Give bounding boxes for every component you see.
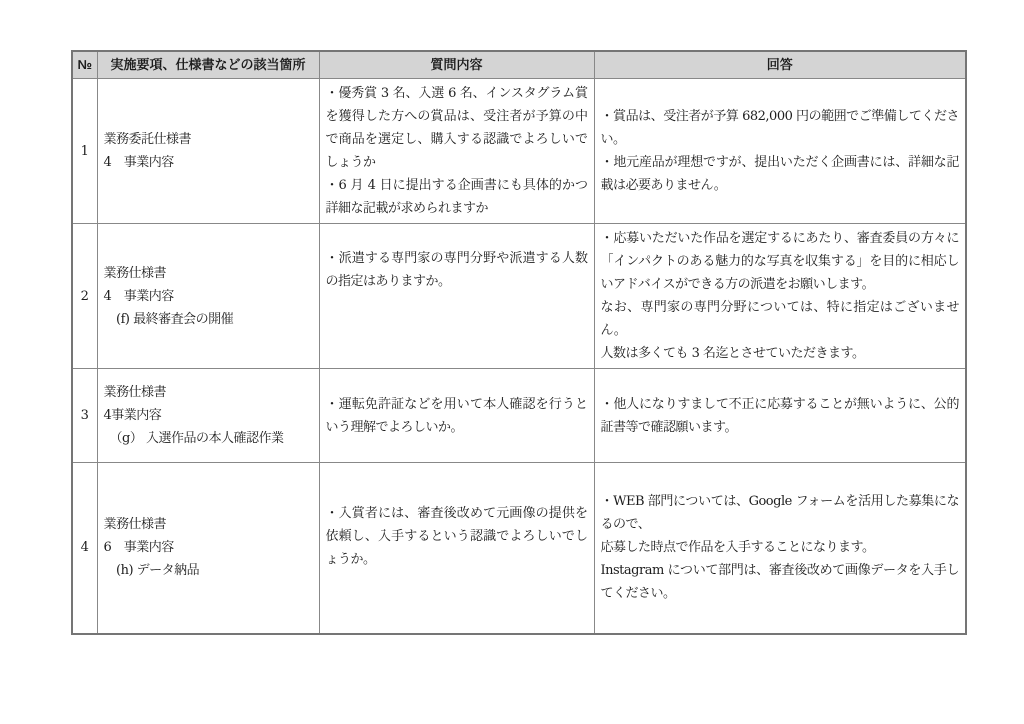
- qa-table-container: № 実施要項、仕様書などの該当箇所 質問内容 回答 1 業務委託仕様書 4 事業…: [71, 50, 967, 635]
- question-paragraph: ・入賞者には、審査後改めて元画像の提供を依頼し、入手するという認識でよろしいでし…: [326, 502, 588, 571]
- header-answer: 回答: [594, 51, 966, 79]
- answer-paragraph: ・地元産品が理想ですが、提出いただく企画書には、詳細な記載は必要ありません。: [601, 151, 960, 197]
- table-row: 4 業務仕様書 6 事業内容 (h) データ納品 ・入賞者には、審査後改めて元画…: [72, 463, 966, 634]
- section-line: 4事業内容: [104, 404, 313, 427]
- qa-table: № 実施要項、仕様書などの該当箇所 質問内容 回答 1 業務委託仕様書 4 事業…: [71, 50, 967, 635]
- row-number-cell: 4: [72, 463, 97, 634]
- section-cell: 業務仕様書 4 事業内容 (f) 最終審査会の開催: [97, 224, 319, 369]
- table-row: 1 業務委託仕様書 4 事業内容 ・優秀賞 3 名、入選 6 名、インスタグラム…: [72, 79, 966, 224]
- section-cell: 業務委託仕様書 4 事業内容: [97, 79, 319, 224]
- answer-cell: ・WEB 部門については、Google フォームを活用した募集になるので、 応募…: [594, 463, 966, 634]
- question-paragraph: ・運転免許証などを用いて本人確認を行うという理解でよろしいか。: [326, 393, 588, 439]
- answer-paragraph: ・賞品は、受注者が予算 682,000 円の範囲でご準備してください。: [601, 105, 960, 151]
- section-cell: 業務仕様書 4事業内容 （g） 入選作品の本人確認作業: [97, 369, 319, 463]
- row-number-cell: 1: [72, 79, 97, 224]
- section-line: 業務仕様書: [104, 262, 313, 285]
- section-line: 業務仕様書: [104, 513, 313, 536]
- answer-cell: ・賞品は、受注者が予算 682,000 円の範囲でご準備してください。 ・地元産…: [594, 79, 966, 224]
- question-paragraph: ・優秀賞 3 名、入選 6 名、インスタグラム賞を獲得した方への賞品は、受注者が…: [326, 82, 588, 174]
- section-line: （g） 入選作品の本人確認作業: [104, 427, 313, 450]
- answer-paragraph: 人数は多くても 3 名迄とさせていただきます。: [601, 342, 960, 365]
- header-no: №: [72, 51, 97, 79]
- section-line: 業務委託仕様書: [104, 128, 313, 151]
- row-number-cell: 2: [72, 224, 97, 369]
- answer-paragraph: なお、専門家の専門分野については、特に指定はございません。: [601, 296, 960, 342]
- table-row: 2 業務仕様書 4 事業内容 (f) 最終審査会の開催 ・派遣する専門家の専門分…: [72, 224, 966, 369]
- section-line: 4 事業内容: [104, 151, 313, 174]
- question-cell: ・運転免許証などを用いて本人確認を行うという理解でよろしいか。: [319, 369, 594, 463]
- section-line: (h) データ納品: [104, 559, 313, 582]
- question-paragraph: ・6 月 4 日に提出する企画書にも具体的かつ詳細な記載が求められますか: [326, 174, 588, 220]
- header-row: № 実施要項、仕様書などの該当箇所 質問内容 回答: [72, 51, 966, 79]
- section-line: 6 事業内容: [104, 536, 313, 559]
- section-line: (f) 最終審査会の開催: [104, 308, 313, 331]
- row-number-cell: 3: [72, 369, 97, 463]
- answer-cell: ・他人になりすまして不正に応募することが無いように、公的証書等で確認願います。: [594, 369, 966, 463]
- answer-paragraph: Instagram について部門は、審査後改めて画像データを入手してください。: [601, 559, 960, 605]
- answer-paragraph: ・応募いただいた作品を選定するにあたり、審査委員の方々に「インパクトのある魅力的…: [601, 227, 960, 296]
- answer-paragraph: ・WEB 部門については、Google フォームを活用した募集になるので、: [601, 490, 960, 536]
- question-cell: ・優秀賞 3 名、入選 6 名、インスタグラム賞を獲得した方への賞品は、受注者が…: [319, 79, 594, 224]
- question-paragraph: ・派遣する専門家の専門分野や派遣する人数の指定はありますか。: [326, 247, 588, 293]
- document-page: № 実施要項、仕様書などの該当箇所 質問内容 回答 1 業務委託仕様書 4 事業…: [0, 0, 1024, 724]
- header-section: 実施要項、仕様書などの該当箇所: [97, 51, 319, 79]
- question-cell: ・入賞者には、審査後改めて元画像の提供を依頼し、入手するという認識でよろしいでし…: [319, 463, 594, 634]
- section-cell: 業務仕様書 6 事業内容 (h) データ納品: [97, 463, 319, 634]
- table-row: 3 業務仕様書 4事業内容 （g） 入選作品の本人確認作業 ・運転免許証などを用…: [72, 369, 966, 463]
- answer-paragraph: ・他人になりすまして不正に応募することが無いように、公的証書等で確認願います。: [601, 393, 960, 439]
- question-cell: ・派遣する専門家の専門分野や派遣する人数の指定はありますか。: [319, 224, 594, 369]
- header-question: 質問内容: [319, 51, 594, 79]
- answer-paragraph: 応募した時点で作品を入手することになります。: [601, 536, 960, 559]
- section-line: 業務仕様書: [104, 381, 313, 404]
- section-line: 4 事業内容: [104, 285, 313, 308]
- answer-cell: ・応募いただいた作品を選定するにあたり、審査委員の方々に「インパクトのある魅力的…: [594, 224, 966, 369]
